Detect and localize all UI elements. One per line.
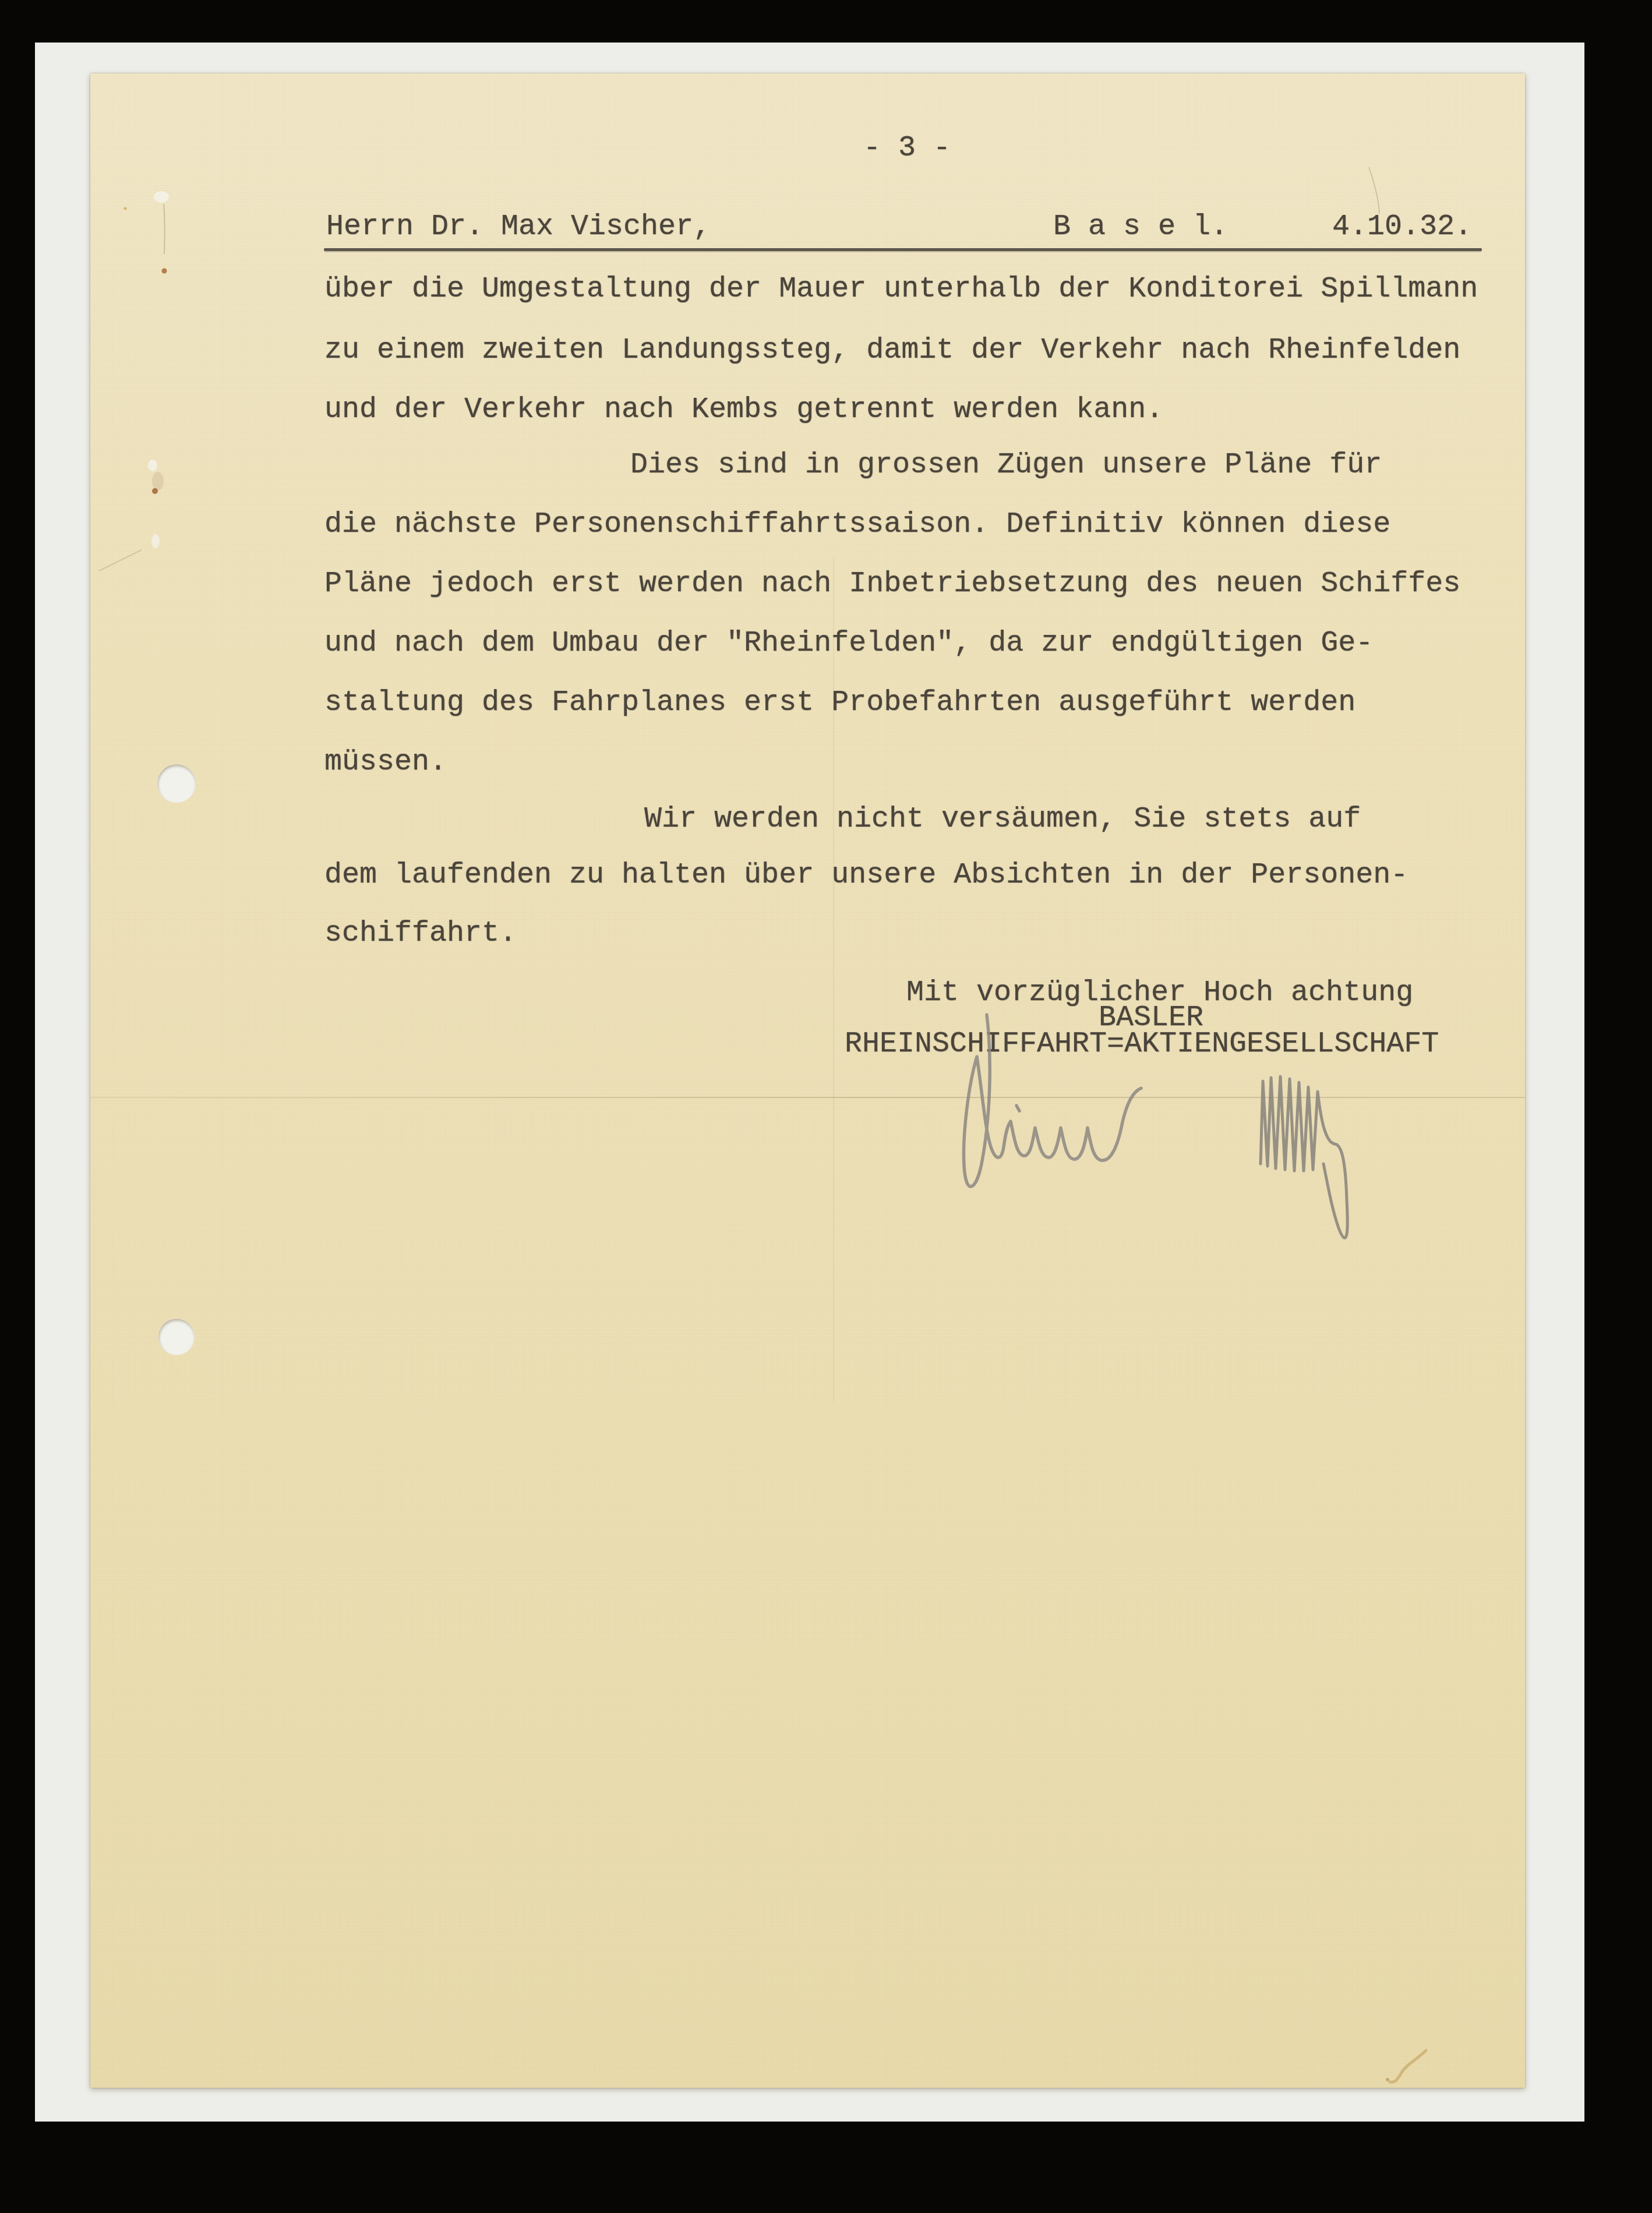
photo-mat: - 3 - Herrn Dr. Max Vischer, B a s e l. … <box>35 43 1584 2122</box>
paper-scratch-top-right <box>1369 167 1379 214</box>
paper-stain-bottom-right <box>1386 2050 1426 2082</box>
scan-background: - 3 - Herrn Dr. Max Vischer, B a s e l. … <box>0 0 1652 2213</box>
signature-left <box>964 1015 1141 1187</box>
paper-defect-left-margin <box>99 460 164 571</box>
signature-right <box>1261 1077 1347 1238</box>
letter-page: - 3 - Herrn Dr. Max Vischer, B a s e l. … <box>90 73 1525 2088</box>
handwriting-and-defects-layer <box>90 73 1525 2088</box>
paper-defect-top-left <box>124 191 170 274</box>
